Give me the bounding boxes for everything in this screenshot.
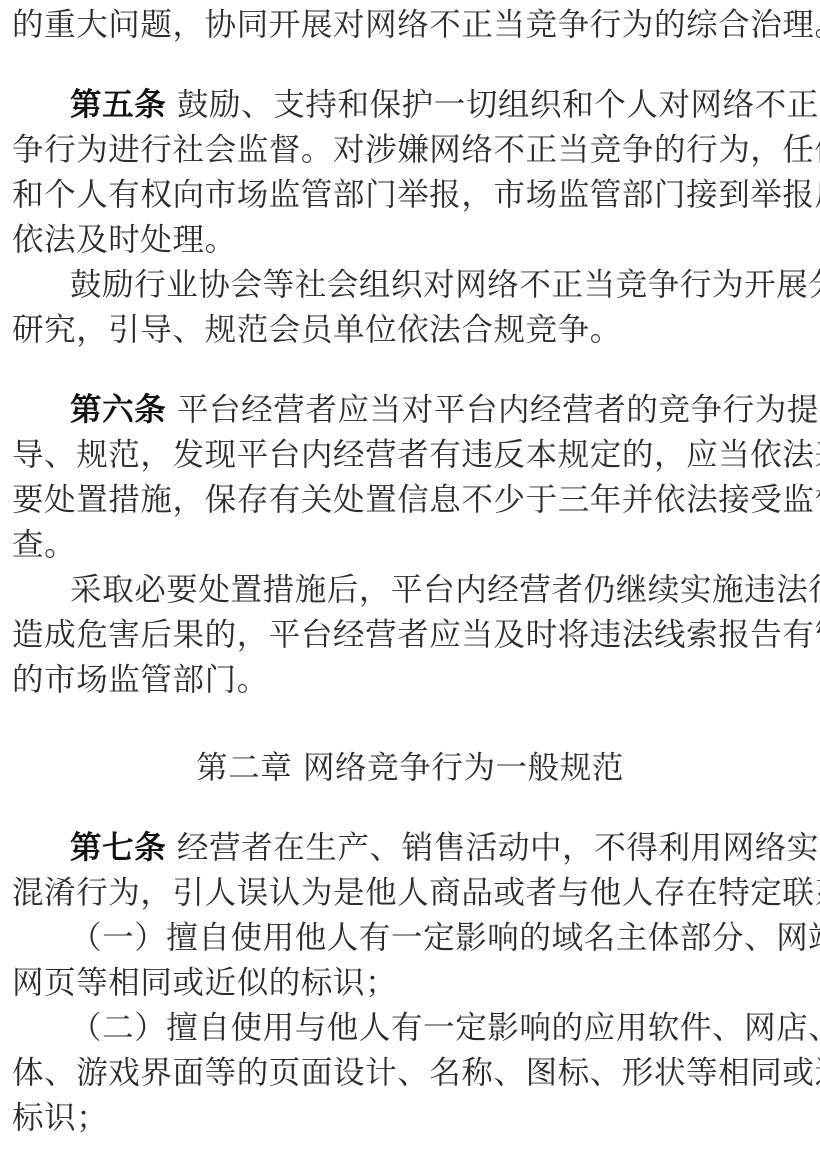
text-line: 网页等相同或近似的标识； [12,961,397,1006]
list-item-1: （一）擅自使用他人有一定影响的域名主体部分、网站名称、 [70,916,820,961]
text-line: 造成危害后果的，平台经营者应当及时将违法线索报告有管辖权 [12,613,820,658]
text-line: 的重大问题，协同开展对网络不正当竞争行为的综合治理。 [12,3,820,48]
text-line: 研究，引导、规范会员单位依法合规竞争。 [12,308,622,353]
text-line: 查。 [12,523,76,568]
article-label: 第七条 [70,830,166,866]
text-line: 混淆行为，引人误认为是他人商品或者与他人存在特定联系： [12,871,820,916]
text-line: 鼓励行业协会等社会组织对网络不正当竞争行为开展分析、 [70,263,820,308]
text-line: 依法及时处理。 [12,218,237,263]
article-label: 第五条 [70,87,166,123]
text-line: 要处置措施，保存有关处置信息不少于三年并依法接受监督检 [12,478,820,523]
article-6-first-line: 第六条 平台经营者应当对平台内经营者的竞争行为提供指 [70,388,820,433]
text-line: 采取必要处置措施后，平台内经营者仍继续实施违法行为并 [70,568,820,613]
text-line: 和个人有权向市场监管部门举报，市场监管部门接到举报后应当 [12,173,820,218]
article-5-first-line: 第五条 鼓励、支持和保护一切组织和个人对网络不正当竞 [70,83,820,128]
article-7-first-line: 第七条 经营者在生产、销售活动中，不得利用网络实施下列 [70,826,820,871]
text-line: 标识； [12,1096,108,1141]
list-item-2: （二）擅自使用与他人有一定影响的应用软件、网店、自媒 [70,1006,820,1051]
chapter-heading: 第二章 网络竞争行为一般规范 [0,746,820,791]
text-line: 导、规范，发现平台内经营者有违反本规定的，应当依法采取必 [12,433,820,478]
text-line: 体、游戏界面等的页面设计、名称、图标、形状等相同或近似的 [12,1051,820,1096]
text-line: 争行为进行社会监督。对涉嫌网络不正当竞争的行为，任何单位 [12,128,820,173]
article-label: 第六条 [70,392,166,428]
text-line: 的市场监管部门。 [12,658,269,703]
